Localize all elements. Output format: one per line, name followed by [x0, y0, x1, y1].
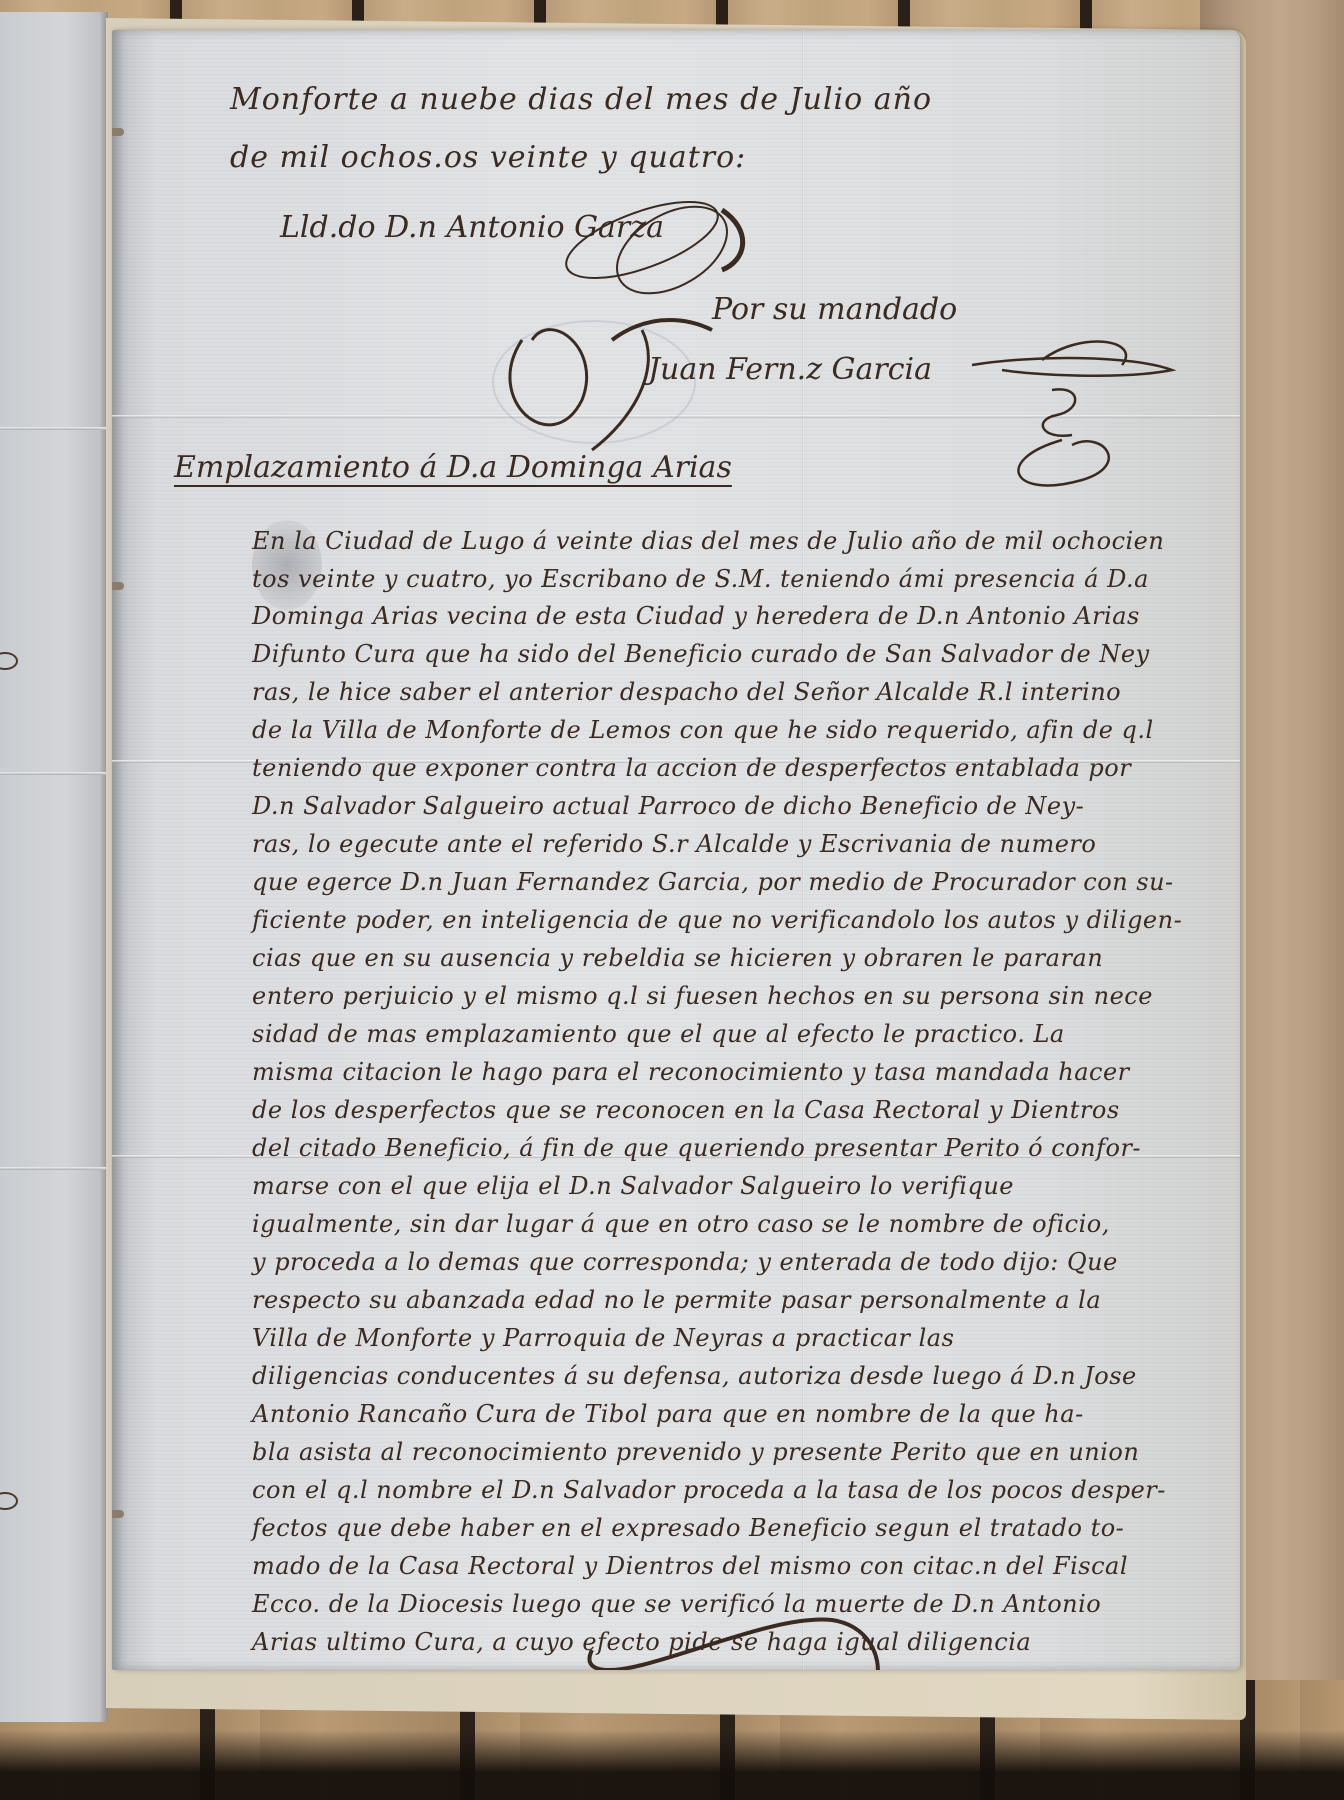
left-facing-page [0, 12, 108, 1722]
body-line: de la Villa de Monforte de Lemos con que… [252, 716, 1154, 744]
bleed-through-ink-mark [0, 1492, 18, 1510]
body-line: que egerce D.n Juan Fernandez Garcia, po… [252, 868, 1174, 896]
body-line: mado de la Casa Rectoral y Dientros del … [252, 1552, 1128, 1580]
body-line: ficiente poder, en inteligencia de que n… [252, 906, 1182, 934]
page-fold [0, 772, 108, 775]
signature-rubric-flourish [492, 200, 992, 460]
dateline-line-2: de mil ochos.os veinte y quatro: [230, 140, 746, 175]
dateline-line-1: Monforte a nuebe dias del mes de Julio a… [230, 82, 932, 117]
body-line: marse con el que elija el D.n Salvador S… [252, 1172, 1014, 1200]
body-line: bla asista al reconocimiento prevenido y… [252, 1438, 1139, 1466]
binding-stitch [112, 128, 124, 136]
body-line: En la Ciudad de Lugo á veinte dias del m… [252, 527, 1164, 555]
signature-por-su-mandado: Por su mandado [712, 292, 957, 327]
body-line: diligencias conducentes á su defensa, au… [252, 1362, 1137, 1390]
body-line: fectos que debe haber en el expresado Be… [252, 1514, 1124, 1542]
bleed-through-ink-mark [0, 652, 18, 670]
page-fold [0, 427, 108, 430]
body-line: sidad de mas emplazamiento que el que al… [252, 1020, 1065, 1048]
body-line: entero perjuicio y el mismo q.l si fuese… [252, 982, 1153, 1010]
body-line: con el q.l nombre el D.n Salvador proced… [252, 1476, 1166, 1504]
manuscript-page: Monforte a nuebe dias del mes de Julio a… [112, 30, 1240, 1670]
body-line: de los desperfectos que se reconocen en … [252, 1096, 1120, 1124]
body-line: del citado Beneficio, á fin de que queri… [252, 1134, 1141, 1162]
body-line: ras, lo egecute ante el referido S.r Alc… [252, 830, 1096, 858]
body-line: teniendo que exponer contra la accion de… [252, 754, 1131, 782]
body-line: y proceda a lo demas que corresponda; y … [252, 1248, 1118, 1276]
section-title: Emplazamiento á D.a Dominga Arias [174, 450, 732, 485]
body-line: cias que en su ausencia y rebeldia se hi… [252, 944, 1103, 972]
body-line: Difunto Cura que ha sido del Beneficio c… [252, 640, 1150, 668]
signature-juan-fernandez-garcia: Juan Fern.z Garcia [648, 352, 932, 387]
body-line: igualmente, sin dar lugar á que en otro … [252, 1210, 1110, 1238]
body-line: ras, le hice saber el anterior despacho … [252, 678, 1121, 706]
binding-stitch [112, 1510, 124, 1518]
body-line: Antonio Rancaño Cura de Tibol para que e… [252, 1400, 1084, 1428]
closing-flourish [582, 1610, 902, 1670]
body-line: Villa de Monforte y Parroquia de Neyras … [252, 1324, 954, 1352]
signature-title: Lld.do [280, 210, 376, 245]
page-fold [0, 1167, 108, 1170]
body-line: tos veinte y cuatro, yo Escribano de S.M… [252, 565, 1149, 593]
notary-rubric-flourish [972, 330, 1212, 490]
binding-stitch [112, 582, 124, 590]
body-line: respecto su abanzada edad no le permite … [252, 1286, 1101, 1314]
body-line: Dominga Arias vecina de esta Ciudad y he… [252, 602, 1140, 630]
body-line: misma citacion le hago para el reconocim… [252, 1058, 1130, 1086]
body-line: D.n Salvador Salgueiro actual Parroco de… [252, 792, 1084, 820]
